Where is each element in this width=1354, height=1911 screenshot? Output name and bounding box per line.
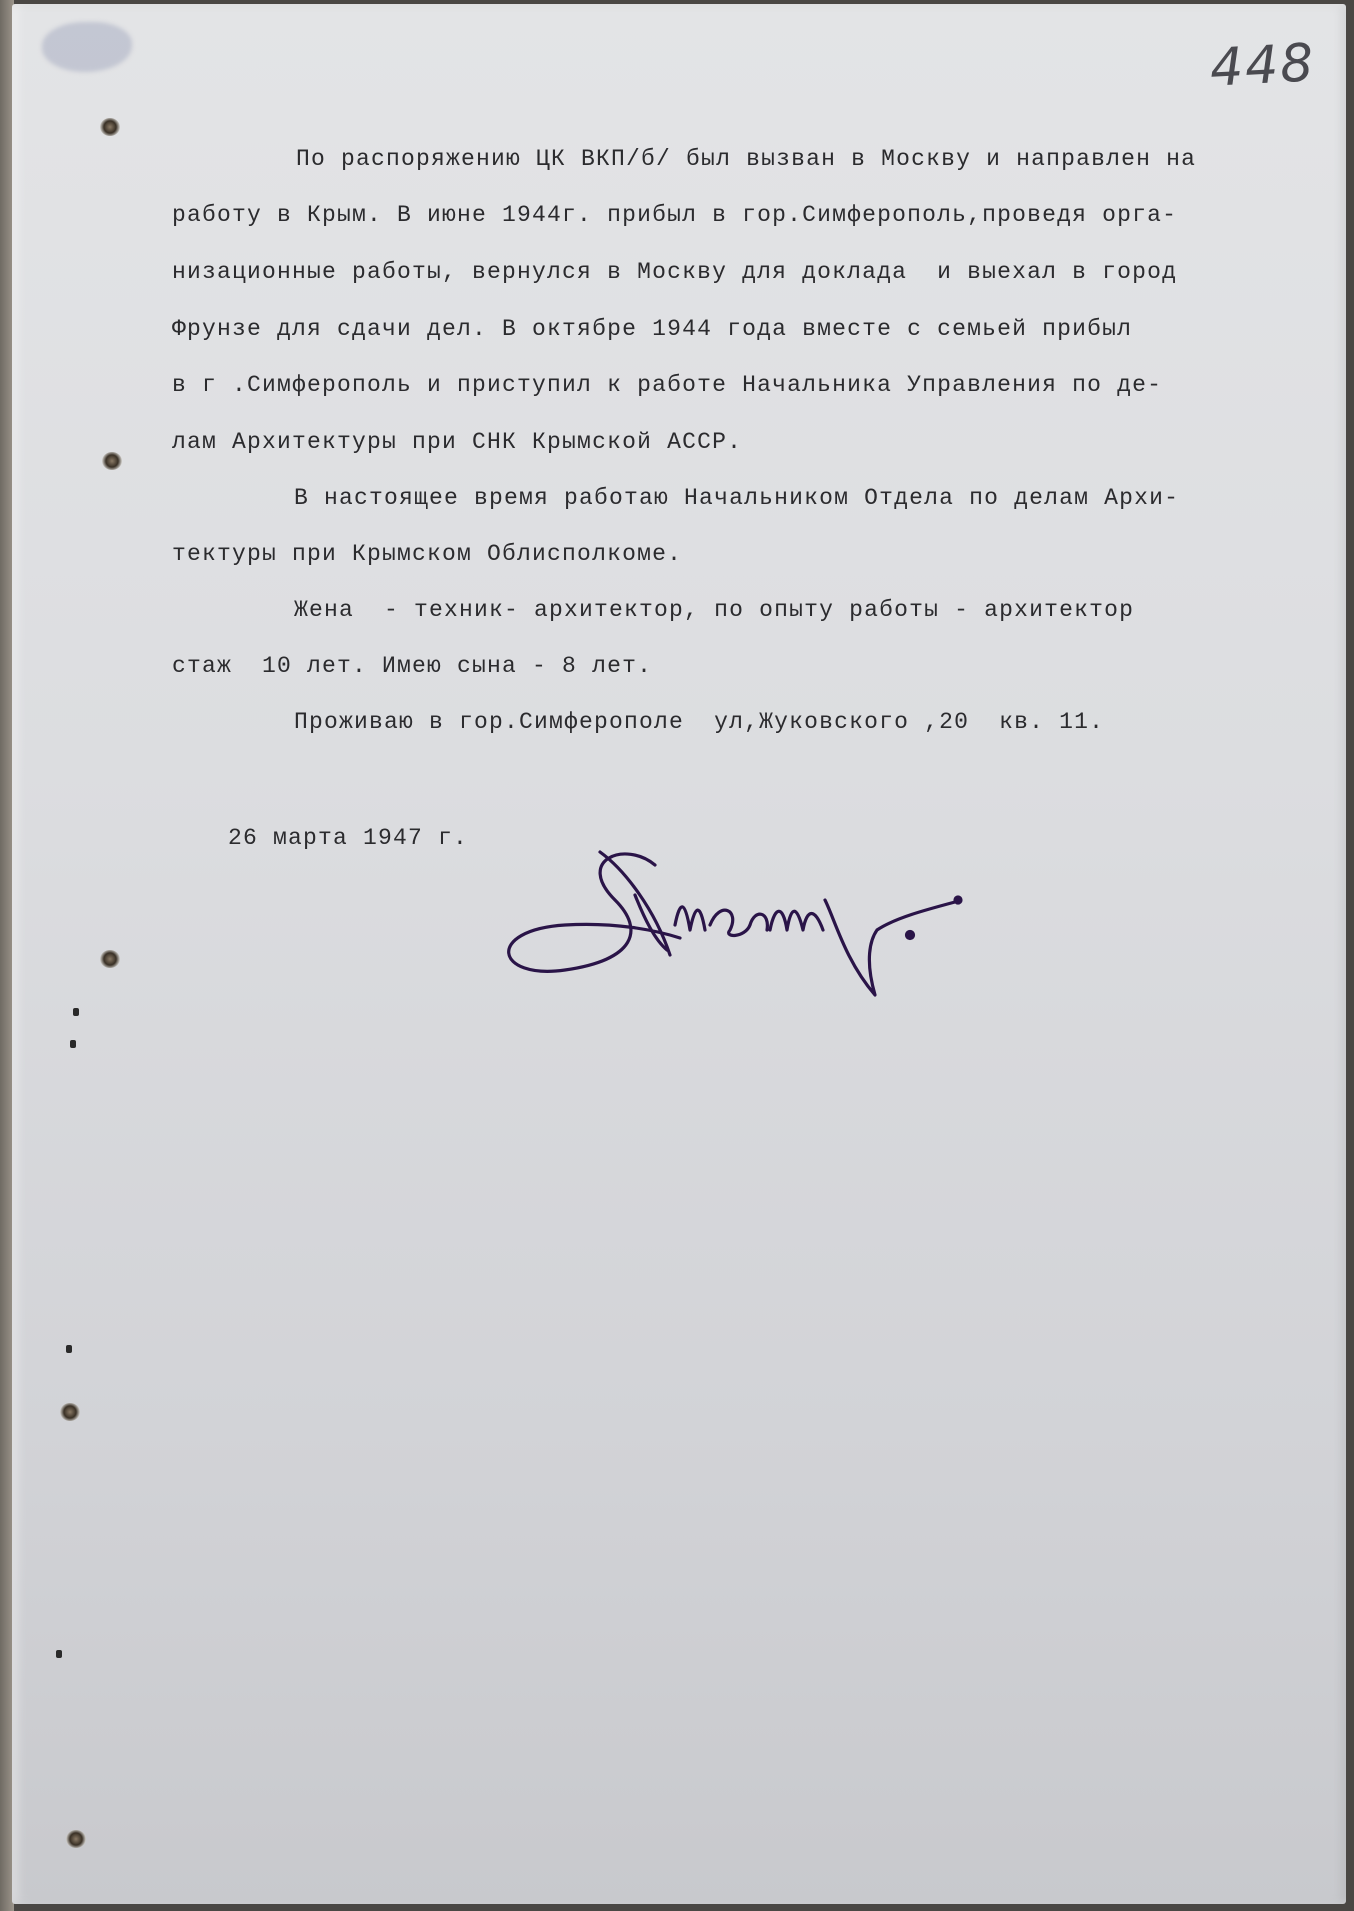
text-line: низационные работы, вернулся в Москву дл…: [172, 259, 1177, 285]
text-line: Фрунзе для сдачи дел. В октябре 1944 год…: [172, 316, 1132, 342]
binding-hole-icon: [100, 118, 120, 136]
document-date: 26 марта 1947 г.: [228, 825, 468, 851]
folio-number: 448: [1209, 33, 1317, 98]
text-line: работу в Крым. В июне 1944г. прибыл в го…: [172, 202, 1177, 228]
binding-hole-icon: [100, 950, 120, 968]
text-line: стаж 10 лет. Имею сына - 8 лет.: [172, 653, 652, 679]
binding-hole-icon: [102, 452, 122, 470]
text-line: По распоряжению ЦК ВКП/б/ был вызван в М…: [296, 146, 1196, 172]
text-line: В настоящее время работаю Начальником От…: [294, 485, 1179, 511]
binding-hole-icon: [66, 1830, 86, 1848]
pin-mark-icon: [70, 1040, 76, 1048]
pin-mark-icon: [56, 1650, 62, 1658]
paper-stain: [42, 22, 132, 72]
text-line: Проживаю в гор.Симферополе ул,Жуковского…: [294, 709, 1104, 735]
signature-icon: [505, 830, 1045, 1000]
text-line: Жена - техник- архитектор, по опыту рабо…: [294, 597, 1134, 623]
binding-hole-icon: [60, 1403, 80, 1421]
text-line: лам Архитектуры при СНК Крымской АССР.: [172, 429, 742, 455]
pin-mark-icon: [66, 1345, 72, 1353]
text-line: тектуры при Крымском Облисполкоме.: [172, 541, 682, 567]
pin-mark-icon: [73, 1008, 79, 1016]
text-line: в г .Симферополь и приступил к работе На…: [172, 372, 1162, 398]
typed-text-body: По распоряжению ЦК ВКП/б/ был вызван в М…: [0, 0, 30, 338]
